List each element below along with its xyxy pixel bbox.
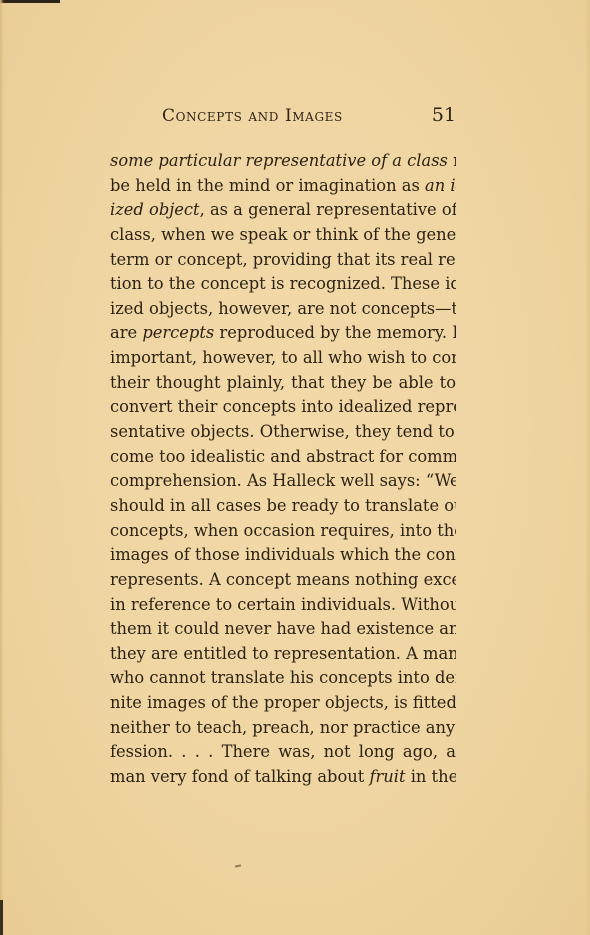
text-run: who cannot translate his concepts into d… [110, 668, 456, 687]
text-run: convert their concepts into idealized re… [110, 397, 456, 416]
text-line: some particular representative of a clas… [110, 149, 456, 174]
scan-edge-shadow [0, 0, 60, 3]
text-run: , as a general representative of the [200, 200, 456, 219]
text-line: class, when we speak or think of the gen… [110, 223, 456, 248]
italic-text: some particular representative of a clas… [110, 151, 448, 170]
page-number: 51 [432, 104, 456, 126]
text-run: fession. . . . There was, not long ago, … [110, 742, 456, 761]
book-page: Concepts and Images 51 some particular r… [0, 0, 590, 935]
text-run: tion to the concept is recognized. These… [110, 274, 456, 293]
running-head: Concepts and Images 51 [110, 104, 456, 130]
text-line: ized objects, however, are not concepts—… [110, 297, 456, 322]
text-run: important, however, to all who wish to c… [110, 348, 456, 367]
text-run: they are entitled to representation. A m… [110, 644, 456, 663]
text-line: term or concept, providing that its real… [110, 248, 456, 273]
text-line: tion to the concept is recognized. These… [110, 272, 456, 297]
text-line: be held in the mind or imagination as an… [110, 174, 456, 199]
text-line: sentative objects. Otherwise, they tend … [110, 420, 456, 445]
running-head-title: Concepts and Images [162, 106, 343, 126]
body-paragraph: some particular representative of a clas… [110, 149, 456, 790]
text-run: sentative objects. Otherwise, they tend … [110, 422, 456, 441]
text-run: in reference to certain individuals. Wit… [110, 595, 456, 614]
text-run: neither to teach, preach, nor practice a… [110, 718, 456, 737]
text-line: them it could never have had existence a… [110, 617, 456, 642]
text-line: man very fond of talking about fruit in … [110, 765, 456, 790]
text-line: ized object, as a general representative… [110, 198, 456, 223]
text-run: concepts, when occasion requires, into t… [110, 521, 456, 540]
paper-speck [235, 864, 241, 867]
text-run: may [448, 151, 456, 170]
text-run: comprehension. As Halleck well says: “We [110, 471, 456, 490]
text-line: represents. A concept means nothing exce… [110, 568, 456, 593]
text-run: be held in the mind or imagination as [110, 176, 425, 195]
text-run: man very fond of talking about [110, 767, 369, 786]
text-line: they are entitled to representation. A m… [110, 642, 456, 667]
italic-text: percepts [142, 323, 214, 342]
italic-text: ized object [110, 200, 200, 219]
text-line: concepts, when occasion requires, into t… [110, 519, 456, 544]
text-line: are percepts reproduced by the memory. I… [110, 321, 456, 346]
italic-text: fruit [369, 767, 405, 786]
text-line: who cannot translate his concepts into d… [110, 666, 456, 691]
text-run: in the ab- [406, 767, 456, 786]
text-line: fession. . . . There was, not long ago, … [110, 740, 456, 765]
scan-edge-mark [0, 900, 3, 935]
text-run: represents. A concept means nothing exce… [110, 570, 456, 589]
text-line: images of those individuals which the co… [110, 543, 456, 568]
text-line: should in all cases be ready to translat… [110, 494, 456, 519]
page-gutter-shadow [0, 0, 4, 935]
text-line: neither to teach, preach, nor practice a… [110, 716, 456, 741]
text-run: class, when we speak or think of the gen… [110, 225, 456, 244]
text-line: in reference to certain individuals. Wit… [110, 593, 456, 618]
text-line: their thought plainly, that they be able… [110, 371, 456, 396]
italic-text: an ideal- [425, 176, 456, 195]
text-line: important, however, to all who wish to c… [110, 346, 456, 371]
text-run: their thought plainly, that they be able… [110, 373, 456, 392]
text-run: are [110, 323, 142, 342]
text-run: images of those individuals which the co… [110, 545, 456, 564]
text-run: come too idealistic and abstract for com… [110, 447, 456, 466]
text-run: nite images of the proper objects, is fi… [110, 693, 456, 712]
text-line: comprehension. As Halleck well says: “We [110, 469, 456, 494]
text-line: come too idealistic and abstract for com… [110, 445, 456, 470]
text-run: reproduced by the memory. It is [214, 323, 456, 342]
text-line: nite images of the proper objects, is fi… [110, 691, 456, 716]
text-line: convert their concepts into idealized re… [110, 395, 456, 420]
text-run: should in all cases be ready to translat… [110, 496, 456, 515]
text-run: ized objects, however, are not concepts—… [110, 299, 456, 318]
page-edge-shadow [585, 0, 590, 935]
text-run: term or concept, providing that its real… [110, 250, 456, 269]
text-run: them it could never have had existence a… [110, 619, 456, 638]
